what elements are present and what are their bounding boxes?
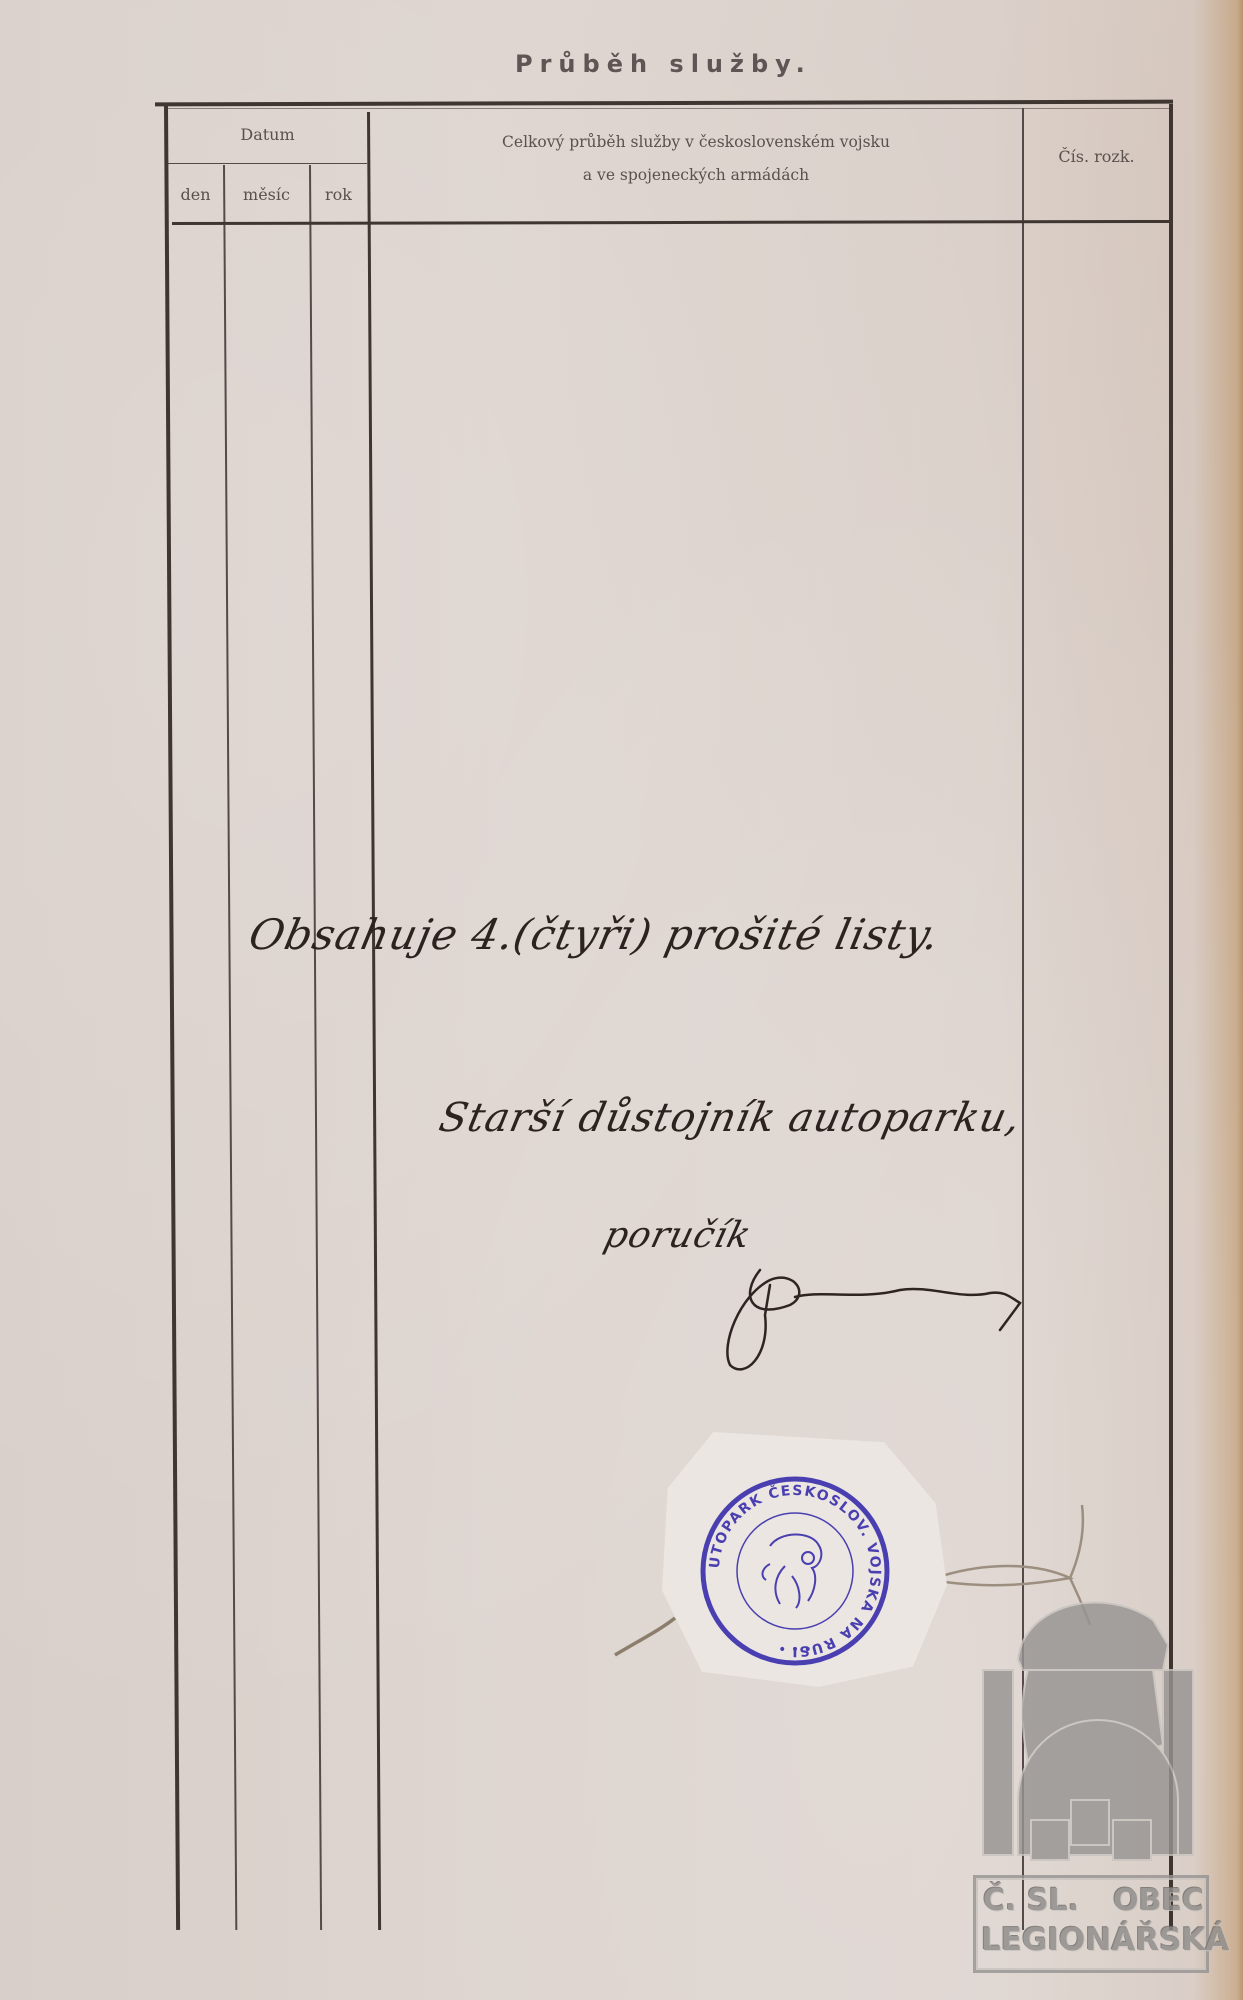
watermark-text-left: Č. SL. bbox=[983, 1883, 1079, 1918]
signature-scribble-icon bbox=[700, 1225, 1100, 1375]
header-datum: Datum bbox=[168, 120, 367, 150]
signature bbox=[700, 1225, 1100, 1375]
header-bottom-border bbox=[172, 220, 1169, 225]
header-mesic: měsíc bbox=[224, 180, 309, 210]
header-order-number: Čís. rozk. bbox=[1024, 142, 1169, 172]
col-divider-mesic-rok bbox=[309, 165, 322, 1930]
date-group-underline bbox=[168, 163, 367, 164]
official-stamp: AUTOPARK ČESKOSLOV. VOJSKA NA RUSI • • • bbox=[700, 1476, 890, 1666]
col-divider-date-description bbox=[367, 112, 381, 1930]
table-left-border bbox=[164, 105, 180, 1930]
header-description-line2: a ve spojeneckých armádách bbox=[370, 160, 1022, 190]
handwritten-note-pages: Obsahuje 4.(čtyři) prošité listy. bbox=[245, 910, 945, 959]
header-description-line1: Celkový průběh služby v československém … bbox=[370, 127, 1022, 157]
legionnaire-helmet-emblem-icon bbox=[963, 1575, 1213, 1875]
handwritten-officer-title: Starší důstojník autoparku, bbox=[435, 1095, 1025, 1141]
header-rok: rok bbox=[310, 180, 367, 210]
seal-dots: • • • bbox=[778, 1642, 812, 1658]
header-den: den bbox=[168, 180, 223, 210]
watermark-logo: Č. SL. OBEC LEGIONÁŘSKÁ bbox=[963, 1575, 1213, 1970]
page-title: Průběh služby. bbox=[515, 50, 825, 78]
table-top-border-inner bbox=[165, 108, 1170, 109]
col-divider-den-mesic bbox=[223, 165, 237, 1930]
watermark-text-right: OBEC bbox=[1113, 1883, 1204, 1918]
lion-emblem-icon bbox=[763, 1534, 822, 1608]
table-top-border bbox=[155, 100, 1173, 107]
watermark-text-bottom: LEGIONÁŘSKÁ bbox=[981, 1922, 1229, 1958]
